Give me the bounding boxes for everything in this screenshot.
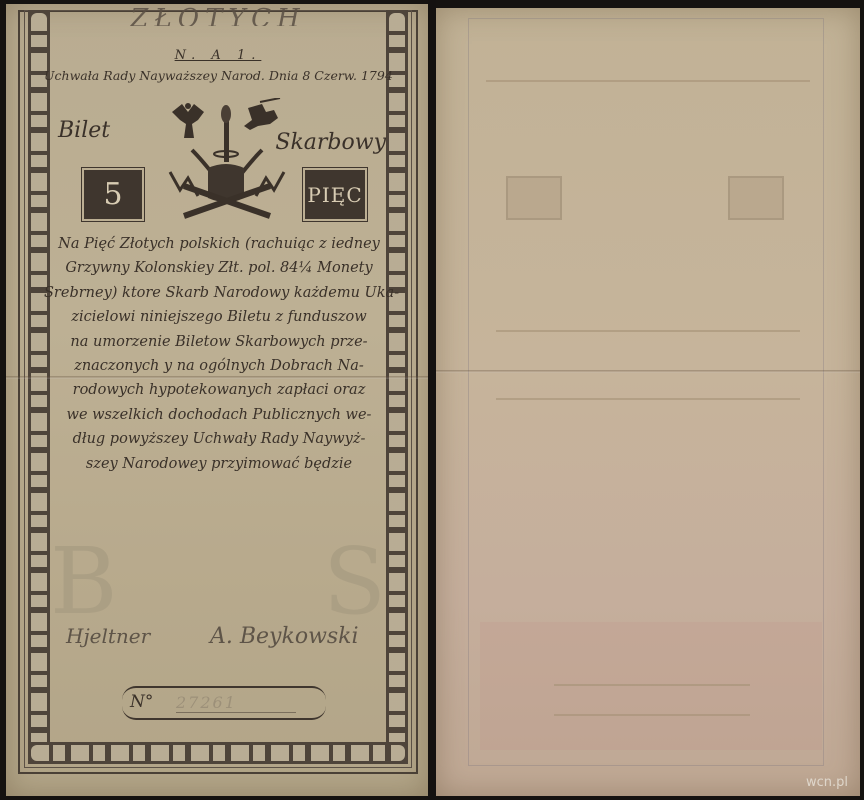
banknote-front: ZŁOTYCH POLSKICH N. A 1. Uchwała Rady Na… xyxy=(6,4,428,796)
note-content: ZŁOTYCH POLSKICH N. A 1. Uchwała Rady Na… xyxy=(50,10,386,742)
body-line: szey Narodowey przyimować będzie xyxy=(44,452,394,476)
show-through-value-box xyxy=(506,176,562,220)
resolution-line: Uchwała Rady Nayważszey Narod. Dnia 8 Cz… xyxy=(44,68,392,83)
site-watermark: wcn.pl xyxy=(806,775,848,790)
banknote-back: wcn.pl xyxy=(436,8,860,796)
show-through-serial-line xyxy=(554,684,750,686)
serial-value: 27261 xyxy=(176,693,296,713)
watermark-letter-s: S xyxy=(323,528,386,635)
body-line: na umorzenie Biletow Skarbowych prze- xyxy=(44,330,394,354)
body-line: zicielowi niniejszego Biletu z funduszow xyxy=(44,305,394,329)
show-through-text-line xyxy=(496,330,800,332)
header-script: ZŁOTYCH POLSKICH xyxy=(50,4,386,26)
show-through-bottom-panel xyxy=(480,622,822,750)
gap-between-notes xyxy=(428,0,436,800)
body-text: Na Pięć Złotych polskich (rachuiąc z ied… xyxy=(44,232,394,476)
show-through-letter xyxy=(462,518,491,623)
signature-1: Hjeltner xyxy=(66,624,150,648)
body-line: Srebrney) ktore Skarb Narodowy każdemu U… xyxy=(44,281,394,305)
title-bilet: Bilet xyxy=(58,118,110,143)
series-number: N. A 1. xyxy=(50,48,386,63)
signature-2: A. Beykowski xyxy=(210,624,359,649)
coat-of-arms-emblem-icon xyxy=(162,98,292,222)
show-through-text-line xyxy=(496,398,800,400)
body-line: rodowych hypotekowanych zapłaci oraz xyxy=(44,378,394,402)
body-line: Na Pięć Złotych polskich (rachuiąc z ied… xyxy=(44,232,394,256)
show-through-value-box xyxy=(728,176,784,220)
show-through-serial-line xyxy=(554,714,750,716)
show-through-text-line xyxy=(486,80,810,82)
value-numeral-box: 5 xyxy=(84,170,142,219)
body-line: dług powyższey Uchwały Rady Naywyż- xyxy=(44,427,394,451)
value-word-box: PIĘC xyxy=(305,170,365,219)
body-line: znaczonych y na ogólnych Dobrach Na- xyxy=(44,354,394,378)
serial-label: N° xyxy=(130,692,153,712)
fold-crease xyxy=(436,370,860,373)
watermark-letter-b: B xyxy=(50,528,118,635)
serial-number-frame: N° 27261 xyxy=(122,686,326,720)
body-line: Grzywny Kolonskiey Złt. pol. 84¼ Monety xyxy=(44,256,394,280)
ornamental-border-bottom xyxy=(28,742,408,764)
body-line: we wszelkich dochodach Publicznych we- xyxy=(44,403,394,427)
